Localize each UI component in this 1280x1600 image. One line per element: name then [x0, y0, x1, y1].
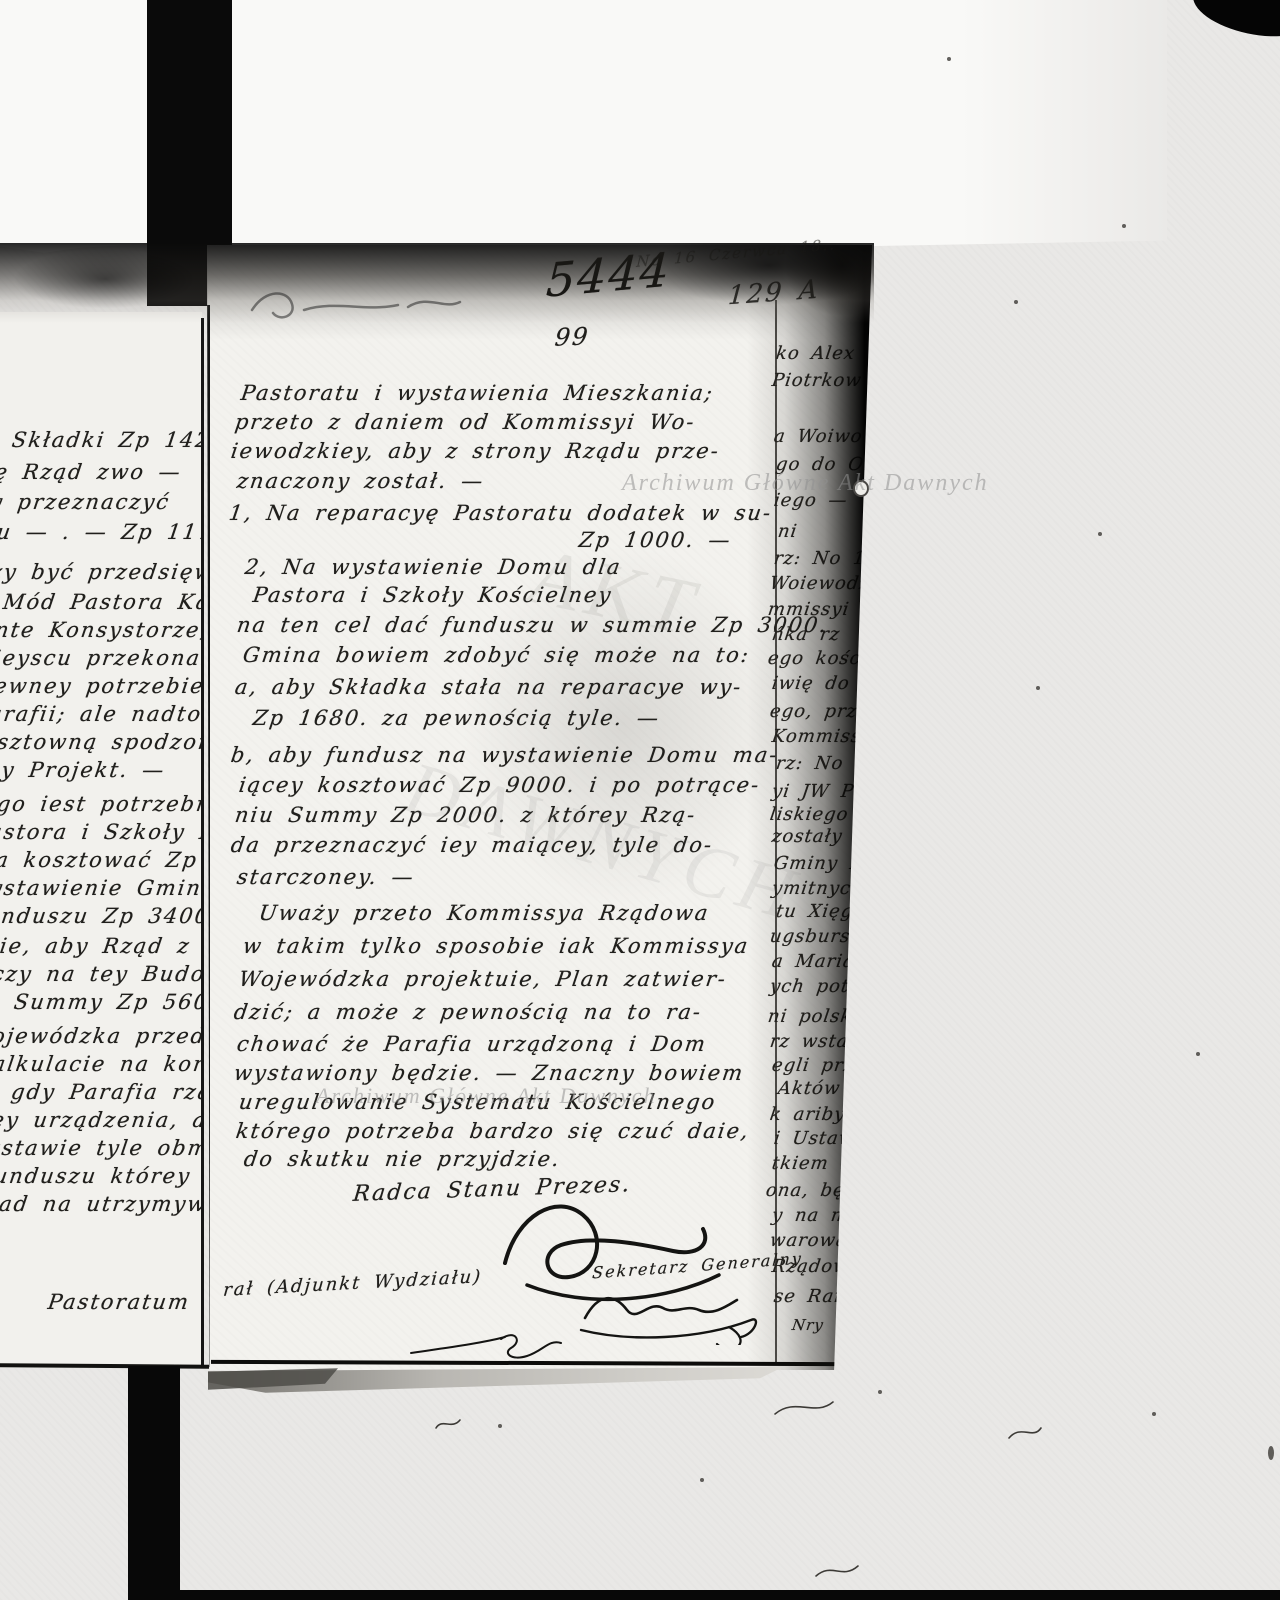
film-hair: [1005, 1420, 1045, 1445]
film-speck: [1098, 532, 1102, 536]
film-speck: [1036, 686, 1040, 690]
film-speck: [1014, 300, 1018, 304]
film-speck: [1196, 1052, 1200, 1056]
film-speck: [878, 1390, 882, 1394]
film-speck: [1122, 224, 1126, 228]
film-speck: [700, 1478, 704, 1482]
film-speck: [947, 57, 951, 61]
film-hair: [770, 1392, 840, 1422]
film-speck: [1152, 1412, 1156, 1416]
film-speck: [498, 1424, 502, 1428]
film-hair: [812, 1560, 862, 1582]
film-speck: [1268, 1446, 1274, 1460]
microfilm-scan: Składki Zp 1429.ię Rząd zwo —y przeznacz…: [0, 0, 1280, 1600]
film-specks: [0, 0, 1280, 1600]
film-hair: [432, 1414, 464, 1434]
